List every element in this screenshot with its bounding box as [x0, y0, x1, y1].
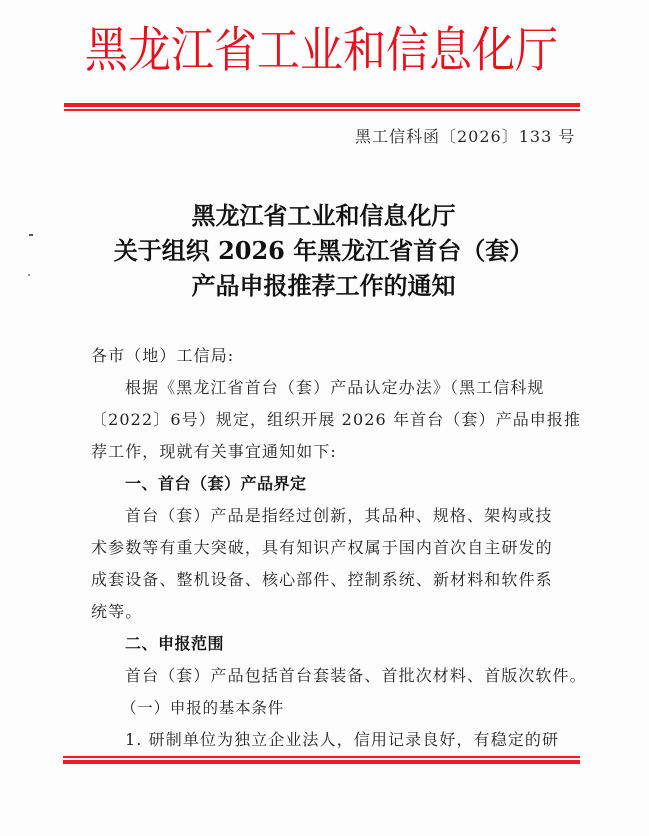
section-1-paragraph-line: 成套设备、整机设备、核心部件、控制系统、新材料和软件系: [91, 564, 556, 596]
salutation: 各市（地）工信局:: [91, 340, 556, 372]
section-1-paragraph-line: 首台（套）产品是指经过创新，其品种、规格、架构或技: [91, 500, 556, 532]
document-title-line-3: 产品申报推荐工作的通知: [0, 268, 649, 303]
document-title: 黑龙江省工业和信息化厅 关于组织 2026 年黑龙江省首台（套） 产品申报推荐工…: [0, 198, 649, 303]
subsection-1-item: 1. 研制单位为独立企业法人，信用记录良好，有稳定的研: [91, 724, 556, 756]
document-page: 黑龙江省工业和信息化厅 黑工信科函〔2026〕133 号 黑龙江省工业和信息化厅…: [0, 0, 649, 836]
section-1-heading: 一、首台（套）产品界定: [91, 468, 556, 500]
section-1-paragraph-line: 统等。: [91, 596, 556, 628]
footer-red-rule: [63, 756, 580, 764]
masthead: 黑龙江省工业和信息化厅: [0, 22, 649, 80]
intro-line: 根据《黑龙江省首台（套）产品认定办法》（黑工信科规: [91, 372, 556, 404]
red-rule-thin: [64, 109, 580, 111]
red-rule-thick: [63, 760, 580, 764]
document-title-line-2: 关于组织 2026 年黑龙江省首台（套）: [0, 233, 649, 268]
document-body: 各市（地）工信局: 根据《黑龙江省首台（套）产品认定办法》（黑工信科规 〔202…: [91, 340, 556, 756]
section-2-paragraph: 首台（套）产品包括首台套装备、首批次材料、首版次软件。: [91, 660, 556, 692]
masthead-red-rule: [64, 103, 580, 111]
document-number: 黑工信科函〔2026〕133 号: [355, 126, 575, 148]
masthead-title: 黑龙江省工业和信息化厅: [85, 19, 558, 84]
subsection-1-heading: （一）申报的基本条件: [91, 692, 556, 724]
section-2-heading: 二、申报范围: [91, 628, 556, 660]
section-1-paragraph-line: 术参数等有重大突破，具有知识产权属于国内首次自主研发的: [91, 532, 556, 564]
document-title-line-1: 黑龙江省工业和信息化厅: [0, 198, 649, 233]
intro-line: 〔2022〕6号）规定，组织开展 2026 年首台（套）产品申报推: [91, 404, 556, 436]
intro-line: 荐工作，现就有关事宜通知如下:: [91, 436, 556, 468]
